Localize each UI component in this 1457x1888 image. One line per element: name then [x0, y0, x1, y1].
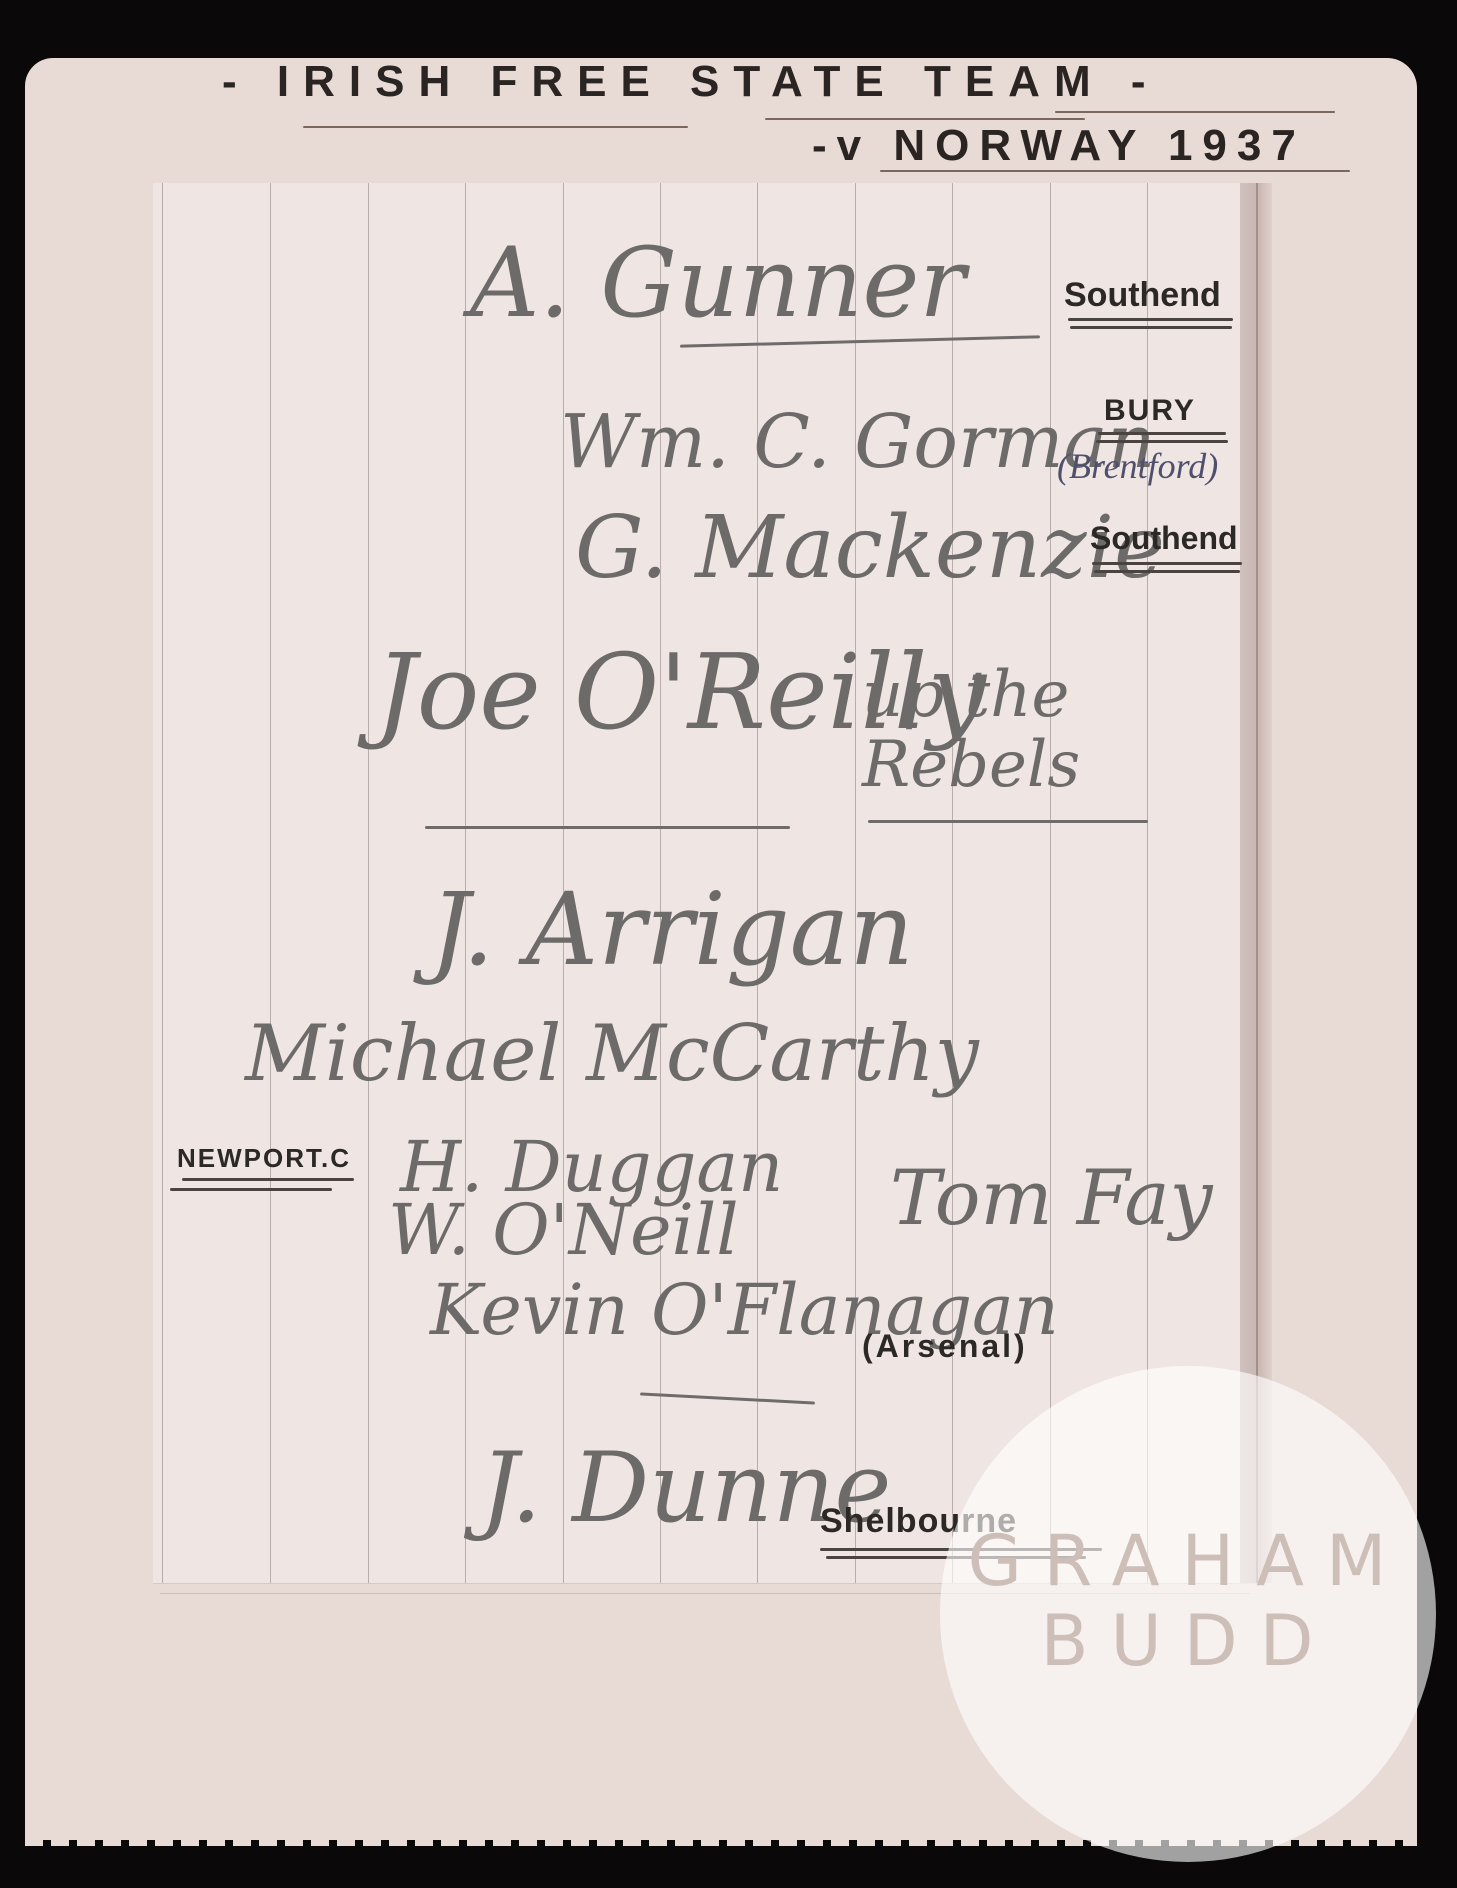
title-underline	[1055, 111, 1335, 113]
document-title-line2: -v NORWAY 1937	[812, 124, 1306, 168]
club-underline	[1068, 318, 1233, 321]
signature-arrigan: J. Arrigan	[430, 880, 914, 980]
club-southend: Southend	[1090, 522, 1238, 554]
paper-rule	[368, 183, 369, 1583]
club-southend: Southend	[1064, 278, 1221, 312]
club-underline	[1070, 326, 1232, 329]
margin-rule	[162, 183, 163, 1583]
club-bury: BURY	[1104, 396, 1196, 426]
club-underline	[182, 1178, 354, 1181]
watermark-line2: BUDD	[940, 1606, 1436, 1676]
club-underline	[1098, 432, 1226, 435]
title-underline	[765, 118, 1085, 120]
club-underline	[1094, 570, 1240, 573]
document-title-line1: - IRISH FREE STATE TEAM -	[222, 60, 1159, 104]
divider-line	[868, 820, 1148, 823]
club-underline	[1096, 440, 1228, 443]
club-underline	[1092, 562, 1242, 565]
club-arsenal: (Arsenal)	[862, 1330, 1028, 1362]
signature-mccarthy: Michael McCarthy	[245, 1015, 979, 1093]
title-underline	[880, 170, 1350, 172]
club-underline	[170, 1188, 332, 1191]
graham-budd-watermark: GRAHAM BUDD	[940, 1366, 1436, 1862]
signature-mackenzie: G. Mackenzie	[575, 505, 1165, 591]
signature-fay: Tom Fay	[890, 1160, 1213, 1236]
club-note-brentford: (Brentford)	[1057, 448, 1218, 484]
note-up-the-rebels: up the Rebels	[862, 660, 1182, 801]
signature-oneill: W. O'Neill	[388, 1195, 739, 1265]
title-underline	[303, 126, 688, 128]
paper-rule	[952, 183, 953, 1583]
club-newport-county: NEWPORT.C	[177, 1145, 351, 1171]
watermark-line1: GRAHAM	[940, 1526, 1436, 1596]
signature-gunner: A. Gunner	[470, 235, 965, 331]
paper-rule	[270, 183, 271, 1583]
divider-line	[425, 826, 790, 829]
paper-rule	[1050, 183, 1051, 1583]
